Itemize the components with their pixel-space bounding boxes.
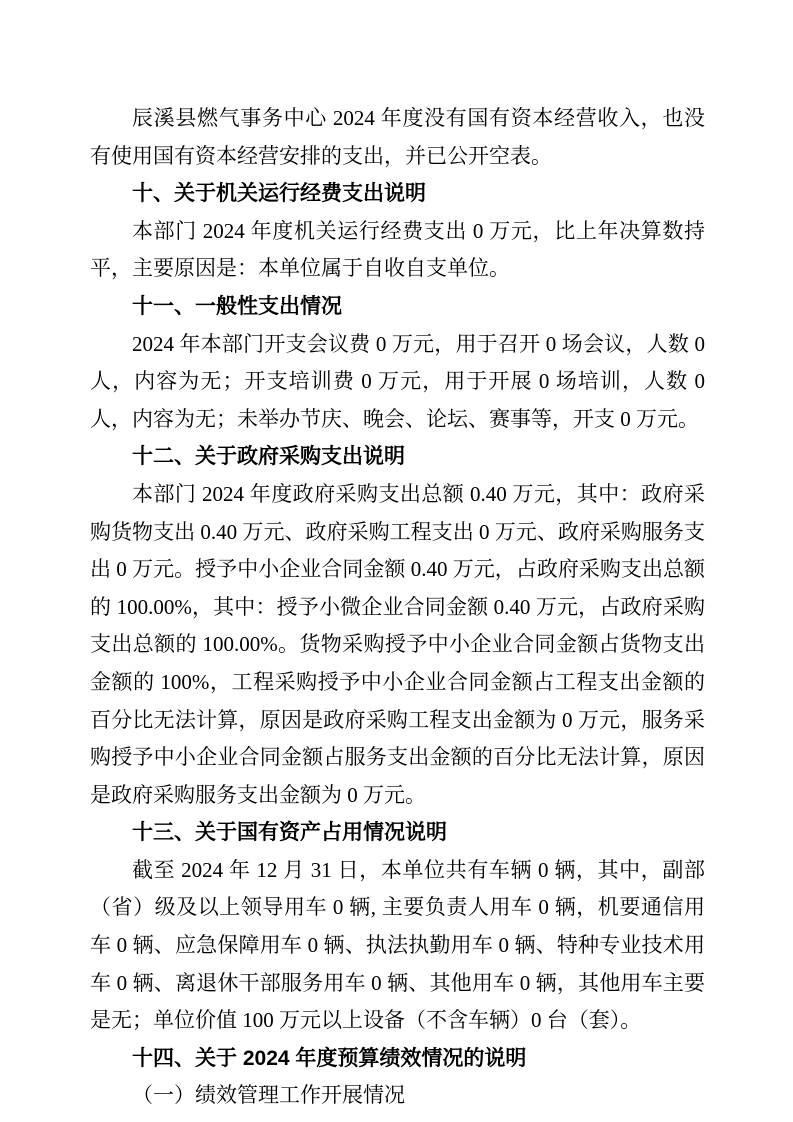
paragraph-state-assets-vehicles: 截至 2024 年 12 月 31 日，本单位共有车辆 0 辆，其中，副部（省）… [90, 852, 705, 1040]
section-heading-12-government-procurement: 十二、关于政府采购支出说明 [90, 438, 705, 476]
section-heading-14-budget-performance: 十四、关于 2024 年度预算绩效情况的说明 [90, 1040, 705, 1078]
paragraph-government-procurement: 本部门 2024 年度政府采购支出总额 0.40 万元，其中：政府采购货物支出 … [90, 476, 705, 814]
document-content: 辰溪县燃气事务中心 2024 年度没有国有资本经营收入，也没有使用国有资本经营安… [0, 0, 793, 1115]
section-heading-13-state-assets: 十三、关于国有资产占用情况说明 [90, 814, 705, 852]
paragraph-state-capital-summary: 辰溪县燃气事务中心 2024 年度没有国有资本经营收入，也没有使用国有资本经营安… [90, 100, 705, 175]
paragraph-operating-expenses: 本部门 2024 年度机关运行经费支出 0 万元，比上年决算数持平，主要原因是：… [90, 213, 705, 288]
section-heading-10-operating-expenses: 十、关于机关运行经费支出说明 [90, 175, 705, 213]
section-heading-11-general-expenditure: 十一、一般性支出情况 [90, 288, 705, 326]
paragraph-general-expenditure: 2024 年本部门开支会议费 0 万元，用于召开 0 场会议，人数 0 人，内容… [90, 326, 705, 439]
subsection-heading-performance-management: （一）绩效管理工作开展情况 [90, 1077, 705, 1115]
document-page: 辰溪县燃气事务中心 2024 年度没有国有资本经营收入，也没有使用国有资本经营安… [0, 0, 793, 1122]
